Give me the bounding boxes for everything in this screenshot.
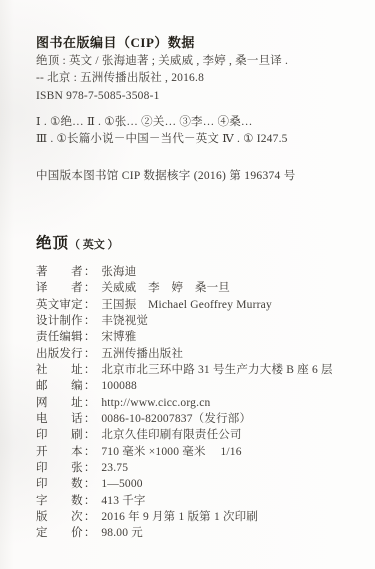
colophon-label: 邮 编 bbox=[36, 378, 83, 394]
colophon-value: 2016 年 9 月第 1 版第 1 次印刷 bbox=[101, 509, 258, 525]
colophon-value: 张海迪 bbox=[101, 264, 136, 280]
colophon-label: 印 数 bbox=[36, 476, 83, 492]
book-title: 绝顶（ 英文 ） bbox=[36, 234, 349, 255]
colophon-value: 王国振 Michael Geoffrey Murray bbox=[101, 297, 272, 313]
colophon-row: 电 话： 0086-10-82007837（发行部） bbox=[36, 411, 349, 427]
colophon-colon: ： bbox=[84, 297, 96, 313]
colophon-label: 出版发行 bbox=[36, 346, 83, 362]
colophon-label: 责任编辑 bbox=[36, 329, 83, 345]
colophon-colon: ： bbox=[84, 395, 96, 411]
colophon-row: 网 址： http://www.cicc.org.cn bbox=[36, 395, 349, 411]
colophon-row: 开 本： 710 毫米 ×1000 毫米 1/16 bbox=[36, 444, 349, 460]
colophon-value: 1—5000 bbox=[101, 476, 142, 492]
book-title-main: 绝顶 bbox=[36, 235, 69, 252]
colophon-value: 北京市北三环中路 31 号生产力大楼 B 座 6 层 bbox=[101, 362, 332, 378]
colophon-label: 电 话 bbox=[36, 411, 83, 427]
cip-record-line: 中国版本图书馆 CIP 数据核字 (2016) 第 196374 号 bbox=[36, 168, 349, 185]
colophon-row: 设计制作： 丰饶视觉 bbox=[36, 313, 349, 329]
cip-description-line: -- 北京 : 五洲传播出版社 , 2016.8 bbox=[36, 70, 349, 87]
colophon-label: 社 址 bbox=[36, 362, 83, 378]
colophon-value: 宋博雅 bbox=[101, 329, 136, 345]
colophon-colon: ： bbox=[84, 313, 96, 329]
book-title-language: （ 英文 ） bbox=[69, 239, 119, 251]
colophon-value: 关威威 李 婷 桑一旦 bbox=[101, 280, 230, 296]
colophon-row: 出版发行： 五洲传播出版社 bbox=[36, 346, 349, 362]
colophon-label: 开 本 bbox=[36, 444, 83, 460]
cip-classification-line: Ⅲ . ①长篇小说－中国－当代－英文 Ⅳ . ① I247.5 bbox=[36, 131, 349, 149]
colophon-row: 印 刷： 北京久佳印刷有限责任公司 bbox=[36, 427, 349, 443]
cip-classification-line: Ⅰ . ①绝… Ⅱ . ①张… ②关… ③李… ④桑… bbox=[36, 114, 349, 132]
colophon-row: 英文审定： 王国振 Michael Geoffrey Murray bbox=[36, 297, 349, 313]
cip-classification: Ⅰ . ①绝… Ⅱ . ①张… ②关… ③李… ④桑… Ⅲ . ①长篇小说－中国… bbox=[36, 114, 349, 149]
colophon-row: 版 次： 2016 年 9 月第 1 版第 1 次印刷 bbox=[36, 509, 349, 525]
cip-isbn-line: ISBN 978-7-5085-3508-1 bbox=[36, 88, 349, 105]
colophon-value: 0086-10-82007837（发行部） bbox=[101, 411, 251, 427]
colophon-colon: ： bbox=[84, 264, 96, 280]
colophon-label: 设计制作 bbox=[36, 313, 83, 329]
colophon-label: 定 价 bbox=[36, 525, 83, 541]
colophon-value: 413 千字 bbox=[101, 493, 145, 509]
colophon-colon: ： bbox=[84, 427, 96, 443]
colophon-colon: ： bbox=[84, 509, 96, 525]
copyright-page: 图书在版编目（CIP）数据 绝顶 : 英文 / 张海迪著 ; 关威威 , 李婷 … bbox=[0, 0, 375, 569]
colophon-colon: ： bbox=[84, 378, 96, 394]
colophon-colon: ： bbox=[84, 346, 96, 362]
colophon-label: 版 次 bbox=[36, 509, 83, 525]
colophon-value: 100088 bbox=[101, 378, 137, 394]
colophon-colon: ： bbox=[84, 460, 96, 476]
colophon-row: 著 者： 张海迪 bbox=[36, 264, 349, 280]
colophon-colon: ： bbox=[84, 525, 96, 541]
colophon-row: 译 者： 关威威 李 婷 桑一旦 bbox=[36, 280, 349, 296]
colophon-label: 印 张 bbox=[36, 460, 83, 476]
colophon-colon: ： bbox=[84, 493, 96, 509]
colophon-label: 网 址 bbox=[36, 395, 83, 411]
colophon-row: 社 址： 北京市北三环中路 31 号生产力大楼 B 座 6 层 bbox=[36, 362, 349, 378]
colophon-value: 710 毫米 ×1000 毫米 1/16 bbox=[101, 444, 241, 460]
colophon-colon: ： bbox=[84, 444, 96, 460]
cip-description: 绝顶 : 英文 / 张海迪著 ; 关威威 , 李婷 , 桑一旦译 . -- 北京… bbox=[36, 53, 349, 105]
colophon-label: 字 数 bbox=[36, 493, 83, 509]
colophon-colon: ： bbox=[84, 329, 96, 345]
colophon-row: 邮 编： 100088 bbox=[36, 378, 349, 394]
colophon-value: 五洲传播出版社 bbox=[101, 346, 183, 362]
cip-header: 图书在版编目（CIP）数据 bbox=[36, 36, 349, 50]
colophon-value: 丰饶视觉 bbox=[101, 313, 148, 329]
cip-description-line: 绝顶 : 英文 / 张海迪著 ; 关威威 , 李婷 , 桑一旦译 . bbox=[36, 53, 349, 70]
colophon-value: 北京久佳印刷有限责任公司 bbox=[101, 427, 241, 443]
colophon-colon: ： bbox=[84, 411, 96, 427]
colophon-row: 印 张： 23.75 bbox=[36, 460, 349, 476]
colophon-row: 定 价： 98.00 元 bbox=[36, 525, 349, 541]
colophon-label: 著 者 bbox=[36, 264, 83, 280]
colophon-colon: ： bbox=[84, 280, 96, 296]
colophon-colon: ： bbox=[84, 362, 96, 378]
colophon-value: 23.75 bbox=[101, 460, 128, 476]
colophon-label: 印 刷 bbox=[36, 427, 83, 443]
colophon-label: 英文审定 bbox=[36, 297, 83, 313]
colophon-label: 译 者 bbox=[36, 280, 83, 296]
colophon-row: 印 数： 1—5000 bbox=[36, 476, 349, 492]
colophon-colon: ： bbox=[84, 476, 96, 492]
colophon-value: 98.00 元 bbox=[101, 525, 143, 541]
colophon-rows: 著 者： 张海迪 译 者： 关威威 李 婷 桑一旦 英文审定： 王国振 Mich… bbox=[36, 264, 349, 542]
colophon-value: http://www.cicc.org.cn bbox=[101, 395, 210, 411]
colophon-row: 字 数： 413 千字 bbox=[36, 493, 349, 509]
colophon-row: 责任编辑： 宋博雅 bbox=[36, 329, 349, 345]
